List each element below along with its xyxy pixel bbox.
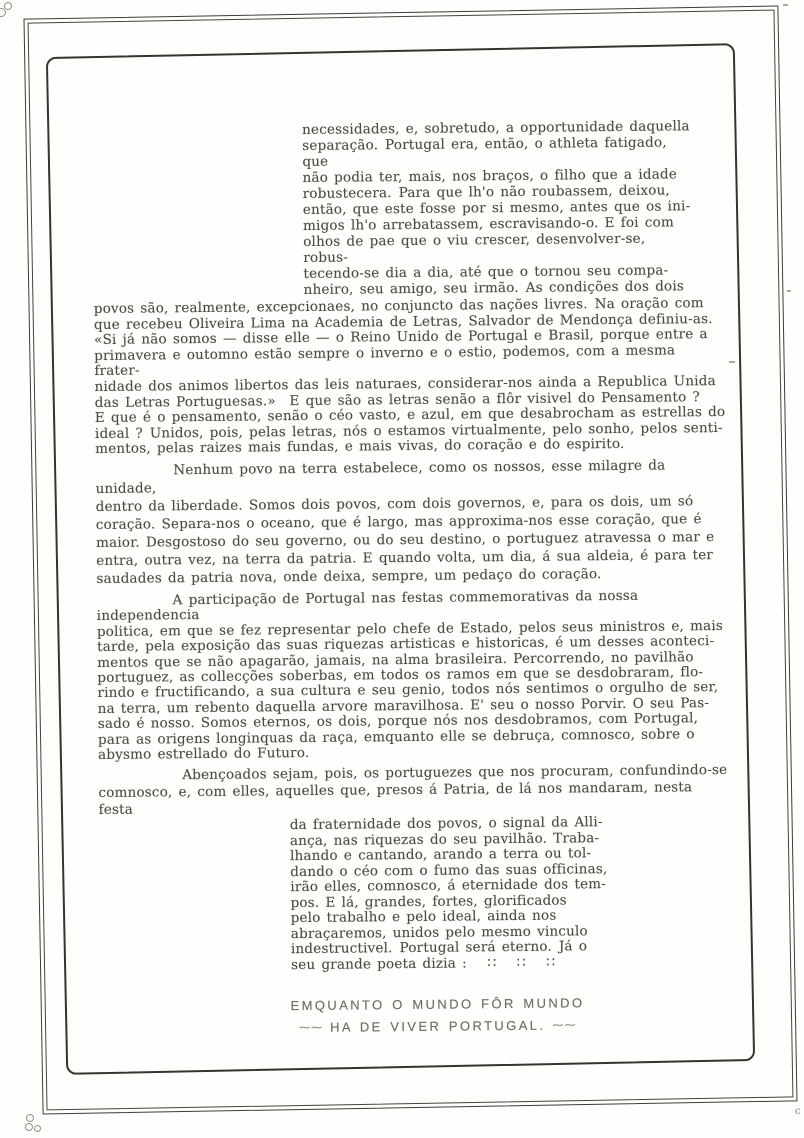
- closing-verse: EMQUANTO O MUNDO FÔR MUNDO ⁓⁓HA DE VIVER…: [269, 993, 605, 1041]
- paragraph-milagre-da-unidade: Nenhum povo na terra estabelece, como os…: [95, 456, 728, 588]
- scanned-page: necessidades, e, sobretudo, a opportunid…: [0, 0, 804, 1138]
- paragraph-opening-continuation: necessidades, e, sobretudo, a opportunid…: [302, 118, 696, 298]
- ornament-left-icon: ⁓⁓: [299, 1022, 323, 1034]
- closing-verse-line-2-text: HA DE VIVER PORTUGAL.: [330, 1018, 545, 1035]
- registration-dot-icon: [0, 8, 6, 17]
- registration-dot-icon: [34, 1125, 41, 1132]
- ornament-right-icon: ⁓⁓: [552, 1020, 576, 1032]
- paragraph-republica-unida: povos são, realmente, excepcionaes, no c…: [94, 296, 727, 458]
- closing-verse-line-1: EMQUANTO O MUNDO FÔR MUNDO: [269, 993, 605, 1018]
- registration-dot-icon: [25, 1123, 33, 1131]
- paragraph-participacao-de-portugal: A participação de Portugal nas festas co…: [97, 588, 731, 764]
- closing-verse-line-2: ⁓⁓HA DE VIVER PORTUGAL.⁓⁓: [270, 1015, 606, 1041]
- registration-dot-icon: [26, 1114, 34, 1122]
- narrow-column-alliance: da fraternidade dos povos, o signal da A…: [290, 815, 627, 973]
- scan-speck: [783, 4, 788, 6]
- scan-speck: [729, 361, 735, 363]
- paragraph-abencoados: Abençoados sejam, pois, os portuguezes q…: [98, 762, 730, 819]
- page-text: necessidades, e, sobretudo, a opportunid…: [92, 114, 733, 1042]
- bottom-right-mark: c: [795, 1106, 801, 1117]
- scan-speck: [787, 290, 791, 292]
- registration-dot-icon: [4, 2, 12, 10]
